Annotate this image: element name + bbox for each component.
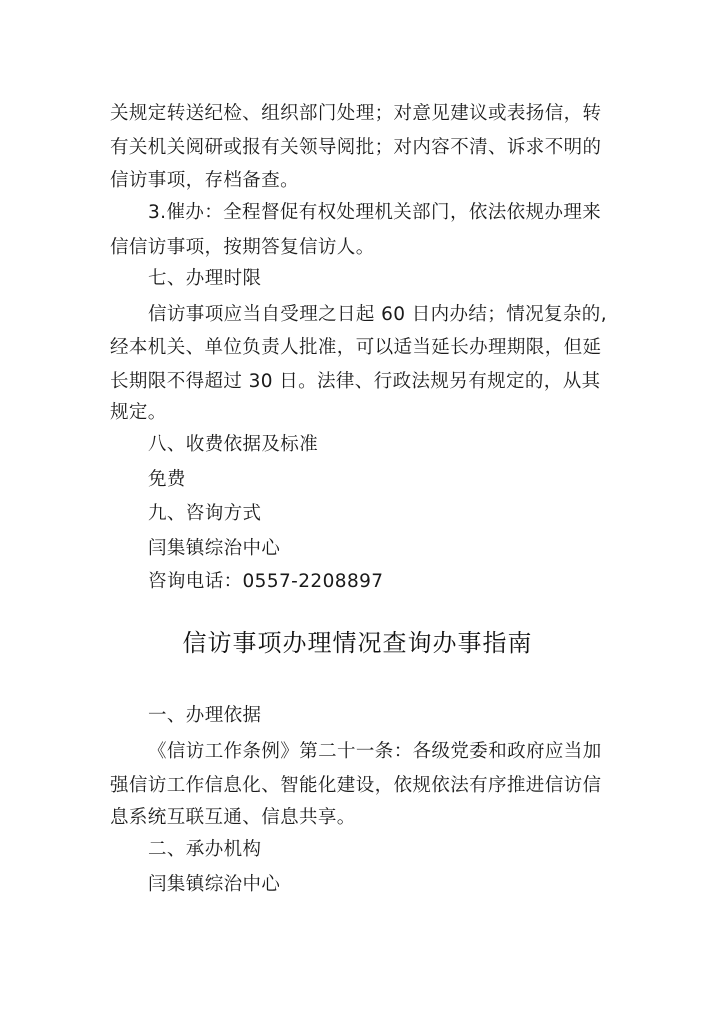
basis-line: 《信访工作条例》第二十一条：各级党委和政府应当加 [148,740,648,764]
item-3-line: 信信访事项，按期答复信访人。 [110,236,610,260]
org-text: 闫集镇综治中心 [148,873,648,897]
heading-fee: 八、收费依据及标准 [148,433,648,457]
heading-time-limit: 七、办理时限 [148,267,648,291]
time-limit-line: 规定。 [110,401,610,425]
paragraph-line: 有关机关阅研或报有关领导阅批；对内容不清、诉求不明的 [110,136,610,160]
time-limit-line: 经本机关、单位负责人批准，可以适当延长办理期限，但延 [110,336,610,360]
basis-line: 强信访工作信息化、智能化建设，依规依法有序推进信访信 [110,774,610,798]
paragraph-line: 关规定转送纪检、组织部门处理；对意见建议或表扬信，转 [110,102,610,126]
heading-org: 二、承办机构 [148,838,648,862]
guide-title: 信访事项办理情况查询办事指南 [0,628,715,658]
basis-line: 息系统互联互通、信息共享。 [110,806,610,830]
paragraph-line: 信访事项，存档备查。 [110,169,610,193]
document-page: 关规定转送纪检、组织部门处理；对意见建议或表扬信，转 有关机关阅研或报有关领导阅… [0,0,715,1011]
time-limit-line: 长期限不得超过 30 日。法律、行政法规另有规定的，从其 [110,370,610,394]
time-limit-line: 信访事项应当自受理之日起 60 日内办结；情况复杂的, [148,303,648,327]
contact-org: 闫集镇综治中心 [148,537,648,561]
heading-contact: 九、咨询方式 [148,502,648,526]
fee-text: 免费 [148,468,648,492]
contact-phone: 咨询电话：0557-2208897 [148,570,648,594]
item-3-line: 3.催办：全程督促有权处理机关部门，依法依规办理来 [148,201,648,225]
heading-basis: 一、办理依据 [148,704,648,728]
